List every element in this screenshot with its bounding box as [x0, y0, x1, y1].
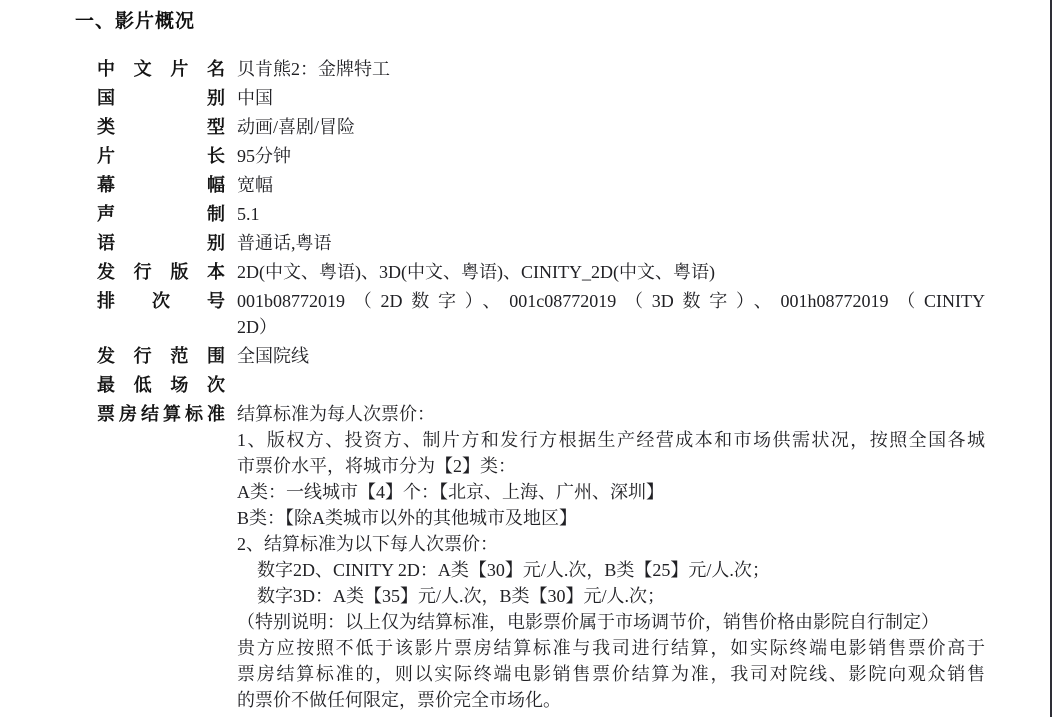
field-label: 票房结算标准: [97, 401, 225, 427]
page-border-right: [1050, 0, 1052, 717]
field-row-sound: 声制 5.1: [97, 201, 985, 227]
field-label: 国别: [97, 85, 225, 111]
field-value: 中国: [237, 85, 985, 111]
section-title: 一、影片概况: [75, 6, 195, 33]
settlement-line: 结算标准为每人次票价：: [237, 401, 985, 427]
field-row-settlement-standard: 票房结算标准 结算标准为每人次票价： 1、版权方、投资方、制片方和发行方根据生产…: [97, 401, 985, 713]
serial-number-line: 2D）: [237, 314, 985, 340]
field-row-release-scope: 发行范围 全国院线: [97, 343, 985, 369]
field-row-chinese-title: 中文片名 贝肯熊2：金牌特工: [97, 56, 985, 82]
field-row-genre: 类型 动画/喜剧/冒险: [97, 114, 985, 140]
field-label: 类型: [97, 114, 225, 140]
settlement-line: （特别说明：以上仅为结算标准，电影票价属于市场调节价，销售价格由影院自行制定）: [237, 609, 985, 635]
field-row-runtime: 片长 95分钟: [97, 143, 985, 169]
settlement-line: 1、版权方、投资方、制片方和发行方根据生产经营成本和市场供需状况，按照全国各城: [237, 427, 985, 453]
settlement-line: 数字3D：A类【35】元/人.次，B类【30】元/人.次；: [237, 583, 985, 609]
field-label: 最低场次: [97, 372, 225, 398]
field-row-min-screenings: 最低场次: [97, 372, 985, 398]
settlement-terms: 结算标准为每人次票价： 1、版权方、投资方、制片方和发行方根据生产经营成本和市场…: [237, 401, 985, 713]
field-value: 贝肯熊2：金牌特工: [237, 56, 985, 82]
field-label: 发行范围: [97, 343, 225, 369]
field-row-aspect: 幕幅 宽幅: [97, 172, 985, 198]
field-value: 动画/喜剧/冒险: [237, 114, 985, 140]
field-label: 声制: [97, 201, 225, 227]
settlement-line: A类：一线城市【4】个：【北京、上海、广州、深圳】: [237, 479, 985, 505]
field-value: 5.1: [237, 201, 985, 227]
settlement-line: 市票价水平，将城市分为【2】类：: [237, 453, 985, 479]
field-value: 普通话,粤语: [237, 230, 985, 256]
settlement-line: 贵方应按照不低于该影片票房结算标准与我司进行结算，如实际终端电影销售票价高于: [237, 635, 985, 661]
field-label: 幕幅: [97, 172, 225, 198]
settlement-line: B类：【除A类城市以外的其他城市及地区】: [237, 505, 985, 531]
field-row-serial-number: 排次号 001b08772019（2D数字）、001c08772019（3D数字…: [97, 288, 985, 340]
field-label: 排次号: [97, 288, 225, 314]
field-row-language: 语别 普通话,粤语: [97, 230, 985, 256]
film-overview-fields: 中文片名 贝肯熊2：金牌特工 国别 中国 类型 动画/喜剧/冒险 片长 95分钟…: [97, 56, 985, 716]
field-value: 全国院线: [237, 343, 985, 369]
field-value: 001b08772019（2D数字）、001c08772019（3D数字）、00…: [237, 288, 985, 340]
settlement-line: 票房结算标准的，则以实际终端电影销售票价结算为准，我司对院线、影院向观众销售: [237, 661, 985, 687]
field-value: 宽幅: [237, 172, 985, 198]
serial-number-line: 001b08772019（2D数字）、001c08772019（3D数字）、00…: [237, 288, 985, 314]
field-value: 2D(中文、粤语)、3D(中文、粤语)、CINITY_2D(中文、粤语): [237, 259, 985, 285]
field-row-release-versions: 发行版本 2D(中文、粤语)、3D(中文、粤语)、CINITY_2D(中文、粤语…: [97, 259, 985, 285]
field-label: 中文片名: [97, 56, 225, 82]
field-value: 95分钟: [237, 143, 985, 169]
document-page: 一、影片概况 中文片名 贝肯熊2：金牌特工 国别 中国 类型 动画/喜剧/冒险 …: [0, 0, 1057, 717]
field-label: 片长: [97, 143, 225, 169]
field-label: 发行版本: [97, 259, 225, 285]
settlement-line: 数字2D、CINITY 2D：A类【30】元/人.次，B类【25】元/人.次；: [237, 557, 985, 583]
field-row-country: 国别 中国: [97, 85, 985, 111]
settlement-line: 的票价不做任何限定，票价完全市场化。: [237, 687, 985, 713]
field-label: 语别: [97, 230, 225, 256]
settlement-line: 2、结算标准为以下每人次票价：: [237, 531, 985, 557]
